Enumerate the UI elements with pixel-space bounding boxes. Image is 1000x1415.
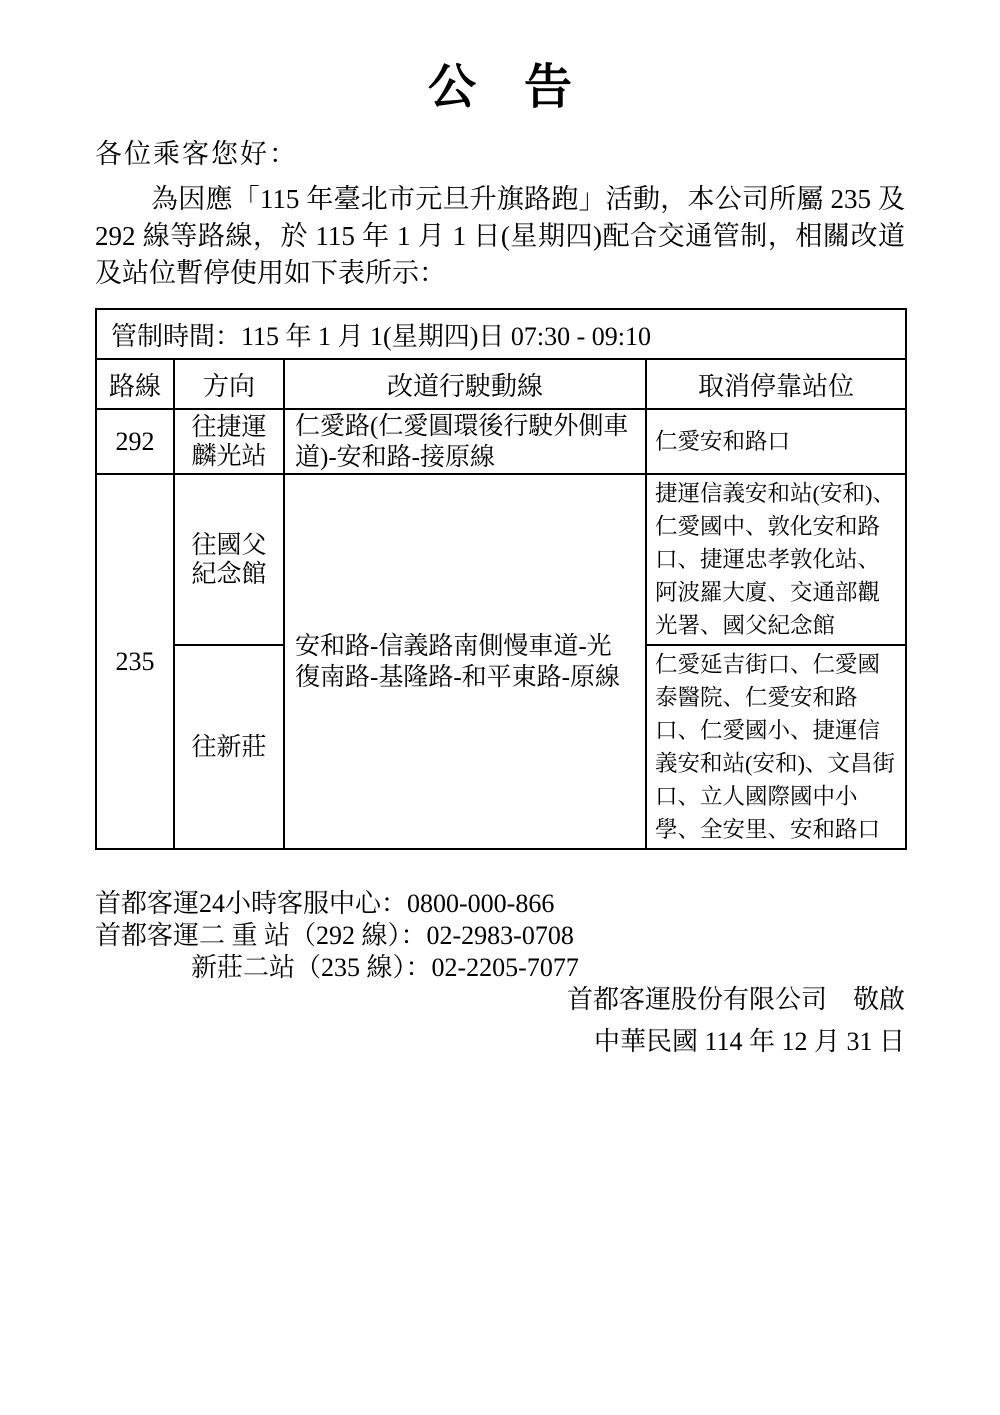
table-row-292: 292 往捷運麟光站 仁愛路(仁愛圓環後行駛外側車道)-安和路-接原線 仁愛安和… <box>96 409 906 474</box>
erchong-station-line: 首都客運二 重 站（292 線）：02-2983-0708 <box>95 920 905 952</box>
announcement-date: 中華民國 114 年 12 月 31 日 <box>95 1026 905 1058</box>
announcement-content: 各位乘客您好： 為因應「115 年臺北市元旦升旗路跑」活動，本公司所屬 235 … <box>95 137 905 1058</box>
company-signature: 首都客運股份有限公司 敬啟 <box>95 984 905 1016</box>
detour-cell-235: 安和路-信義路南側慢車道-光復南路-基隆路-和平東路-原線 <box>284 474 646 849</box>
col-header-detour: 改道行駛動線 <box>284 359 646 409</box>
announcement-page: 公 告 各位乘客您好： 為因應「115 年臺北市元旦升旗路跑」活動，本公司所屬 … <box>0 0 1000 1415</box>
table-header-row: 路線 方向 改道行駛動線 取消停靠站位 <box>96 359 906 409</box>
cancelled-stops-cell-guofu: 捷運信義安和站(安和)、仁愛國中、敦化安和路口、捷運忠孝敦化站、阿波羅大廈、交通… <box>646 474 906 645</box>
route-cell-235: 235 <box>96 474 174 849</box>
xinzhuang-station-line: 新莊二站（235 線）：02-2205-7077 <box>191 952 905 984</box>
service-hotline-line: 首都客運24小時客服中心：0800-000-866 <box>95 888 905 920</box>
control-time-row: 管制時間：115 年 1 月 1(星期四)日 07:30 - 09:10 <box>96 309 906 359</box>
route-cell-292: 292 <box>96 409 174 474</box>
greeting: 各位乘客您好： <box>95 137 905 171</box>
control-time: 管制時間：115 年 1 月 1(星期四)日 07:30 - 09:10 <box>96 309 906 359</box>
intro-paragraph: 為因應「115 年臺北市元旦升旗路跑」活動，本公司所屬 235 及 292 線等… <box>95 181 905 292</box>
col-header-direction: 方向 <box>174 359 284 409</box>
table-row-235-guofu: 235 往國父紀念館 安和路-信義路南側慢車道-光復南路-基隆路-和平東路-原線… <box>96 474 906 645</box>
footer: 首都客運24小時客服中心：0800-000-866 首都客運二 重 站（292 … <box>95 888 905 1058</box>
detour-cell-292: 仁愛路(仁愛圓環後行駛外側車道)-安和路-接原線 <box>284 409 646 474</box>
cancelled-stops-cell-292: 仁愛安和路口 <box>646 409 906 474</box>
page-title: 公 告 <box>0 0 1000 115</box>
col-header-route: 路線 <box>96 359 174 409</box>
intro-line-1: 為因應「115 年臺北市元旦升旗路跑」活動，本公司所屬 235 及 <box>95 181 905 218</box>
col-header-cancelled-stops: 取消停靠站位 <box>646 359 906 409</box>
intro-line-3: 及站位暫停使用如下表所示： <box>95 255 905 292</box>
cancelled-stops-cell-xinzhuang: 仁愛延吉街口、仁愛國泰醫院、仁愛安和路口、仁愛國小、捷運信義安和站(安和)、文昌… <box>646 645 906 849</box>
direction-cell-guofu: 往國父紀念館 <box>174 474 284 645</box>
detour-table: 管制時間：115 年 1 月 1(星期四)日 07:30 - 09:10 路線 … <box>95 308 907 850</box>
intro-line-2: 292 線等路線，於 115 年 1 月 1 日(星期四)配合交通管制，相關改道 <box>95 218 905 255</box>
direction-cell-292: 往捷運麟光站 <box>174 409 284 474</box>
direction-cell-xinzhuang: 往新莊 <box>174 645 284 849</box>
